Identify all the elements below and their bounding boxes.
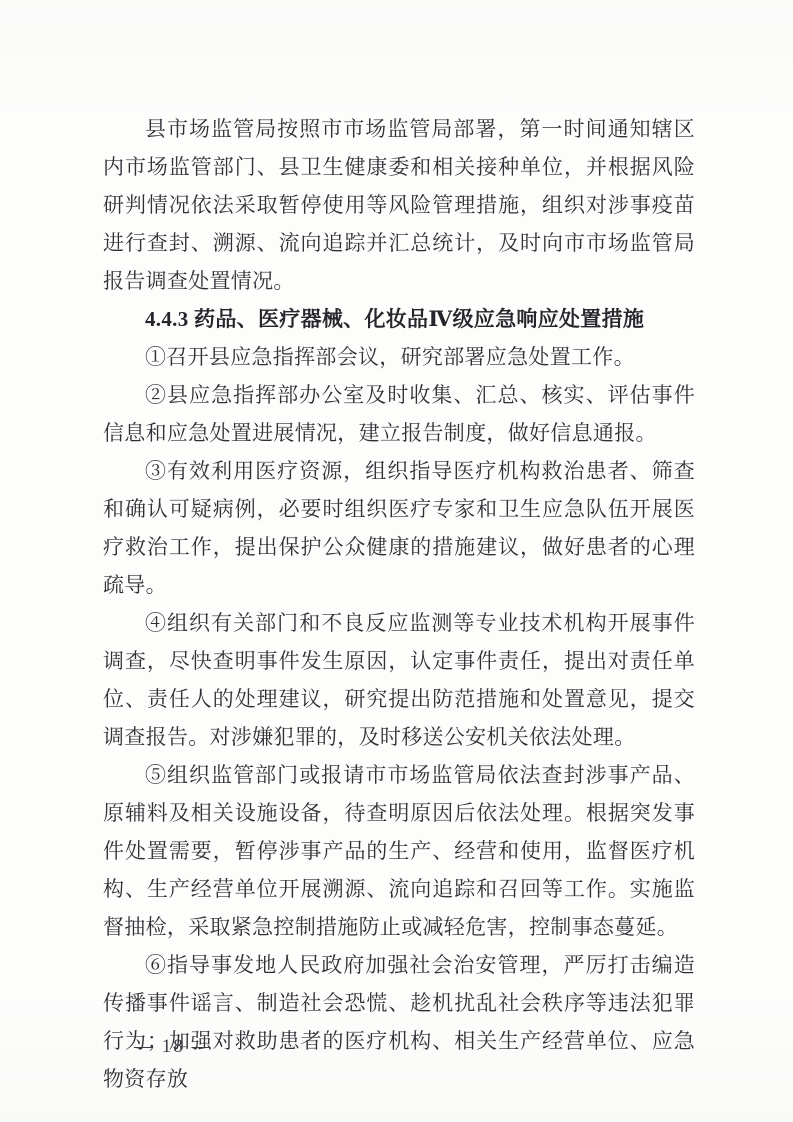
paragraph: ⑥指导事发地人民政府加强社会治安管理，严厉打击编造传播事件谣言、制造社会恐慌、趁… — [103, 946, 695, 1098]
document-page: 县市场监管局按照市市场监管局部署，第一时间通知辖区内市场监管部门、县卫生健康委和… — [0, 0, 793, 1122]
section-heading: 4.4.3 药品、医疗器械、化妆品Ⅳ级应急响应处置措施 — [103, 300, 695, 338]
paragraph: ①召开县应急指挥部会议，研究部署应急处置工作。 — [103, 338, 695, 376]
paragraph: ②县应急指挥部办公室及时收集、汇总、核实、评估事件信息和应急处置进展情况，建立报… — [103, 376, 695, 452]
document-body: 县市场监管局按照市市场监管局部署，第一时间通知辖区内市场监管部门、县卫生健康委和… — [103, 110, 695, 1098]
paragraph: 县市场监管局按照市市场监管局部署，第一时间通知辖区内市场监管部门、县卫生健康委和… — [103, 110, 695, 300]
paragraph: ③有效利用医疗资源，组织指导医疗机构救治患者、筛查和确认可疑病例，必要时组织医疗… — [103, 452, 695, 604]
paragraph: ④组织有关部门和不良反应监测等专业技术机构开展事件调查，尽快查明事件发生原因，认… — [103, 604, 695, 756]
paragraph: ⑤组织监管部门或报请市市场监管局依法查封涉事产品、原辅料及相关设施设备，待查明原… — [103, 756, 695, 946]
page-number: — 18 — — [134, 1036, 213, 1058]
